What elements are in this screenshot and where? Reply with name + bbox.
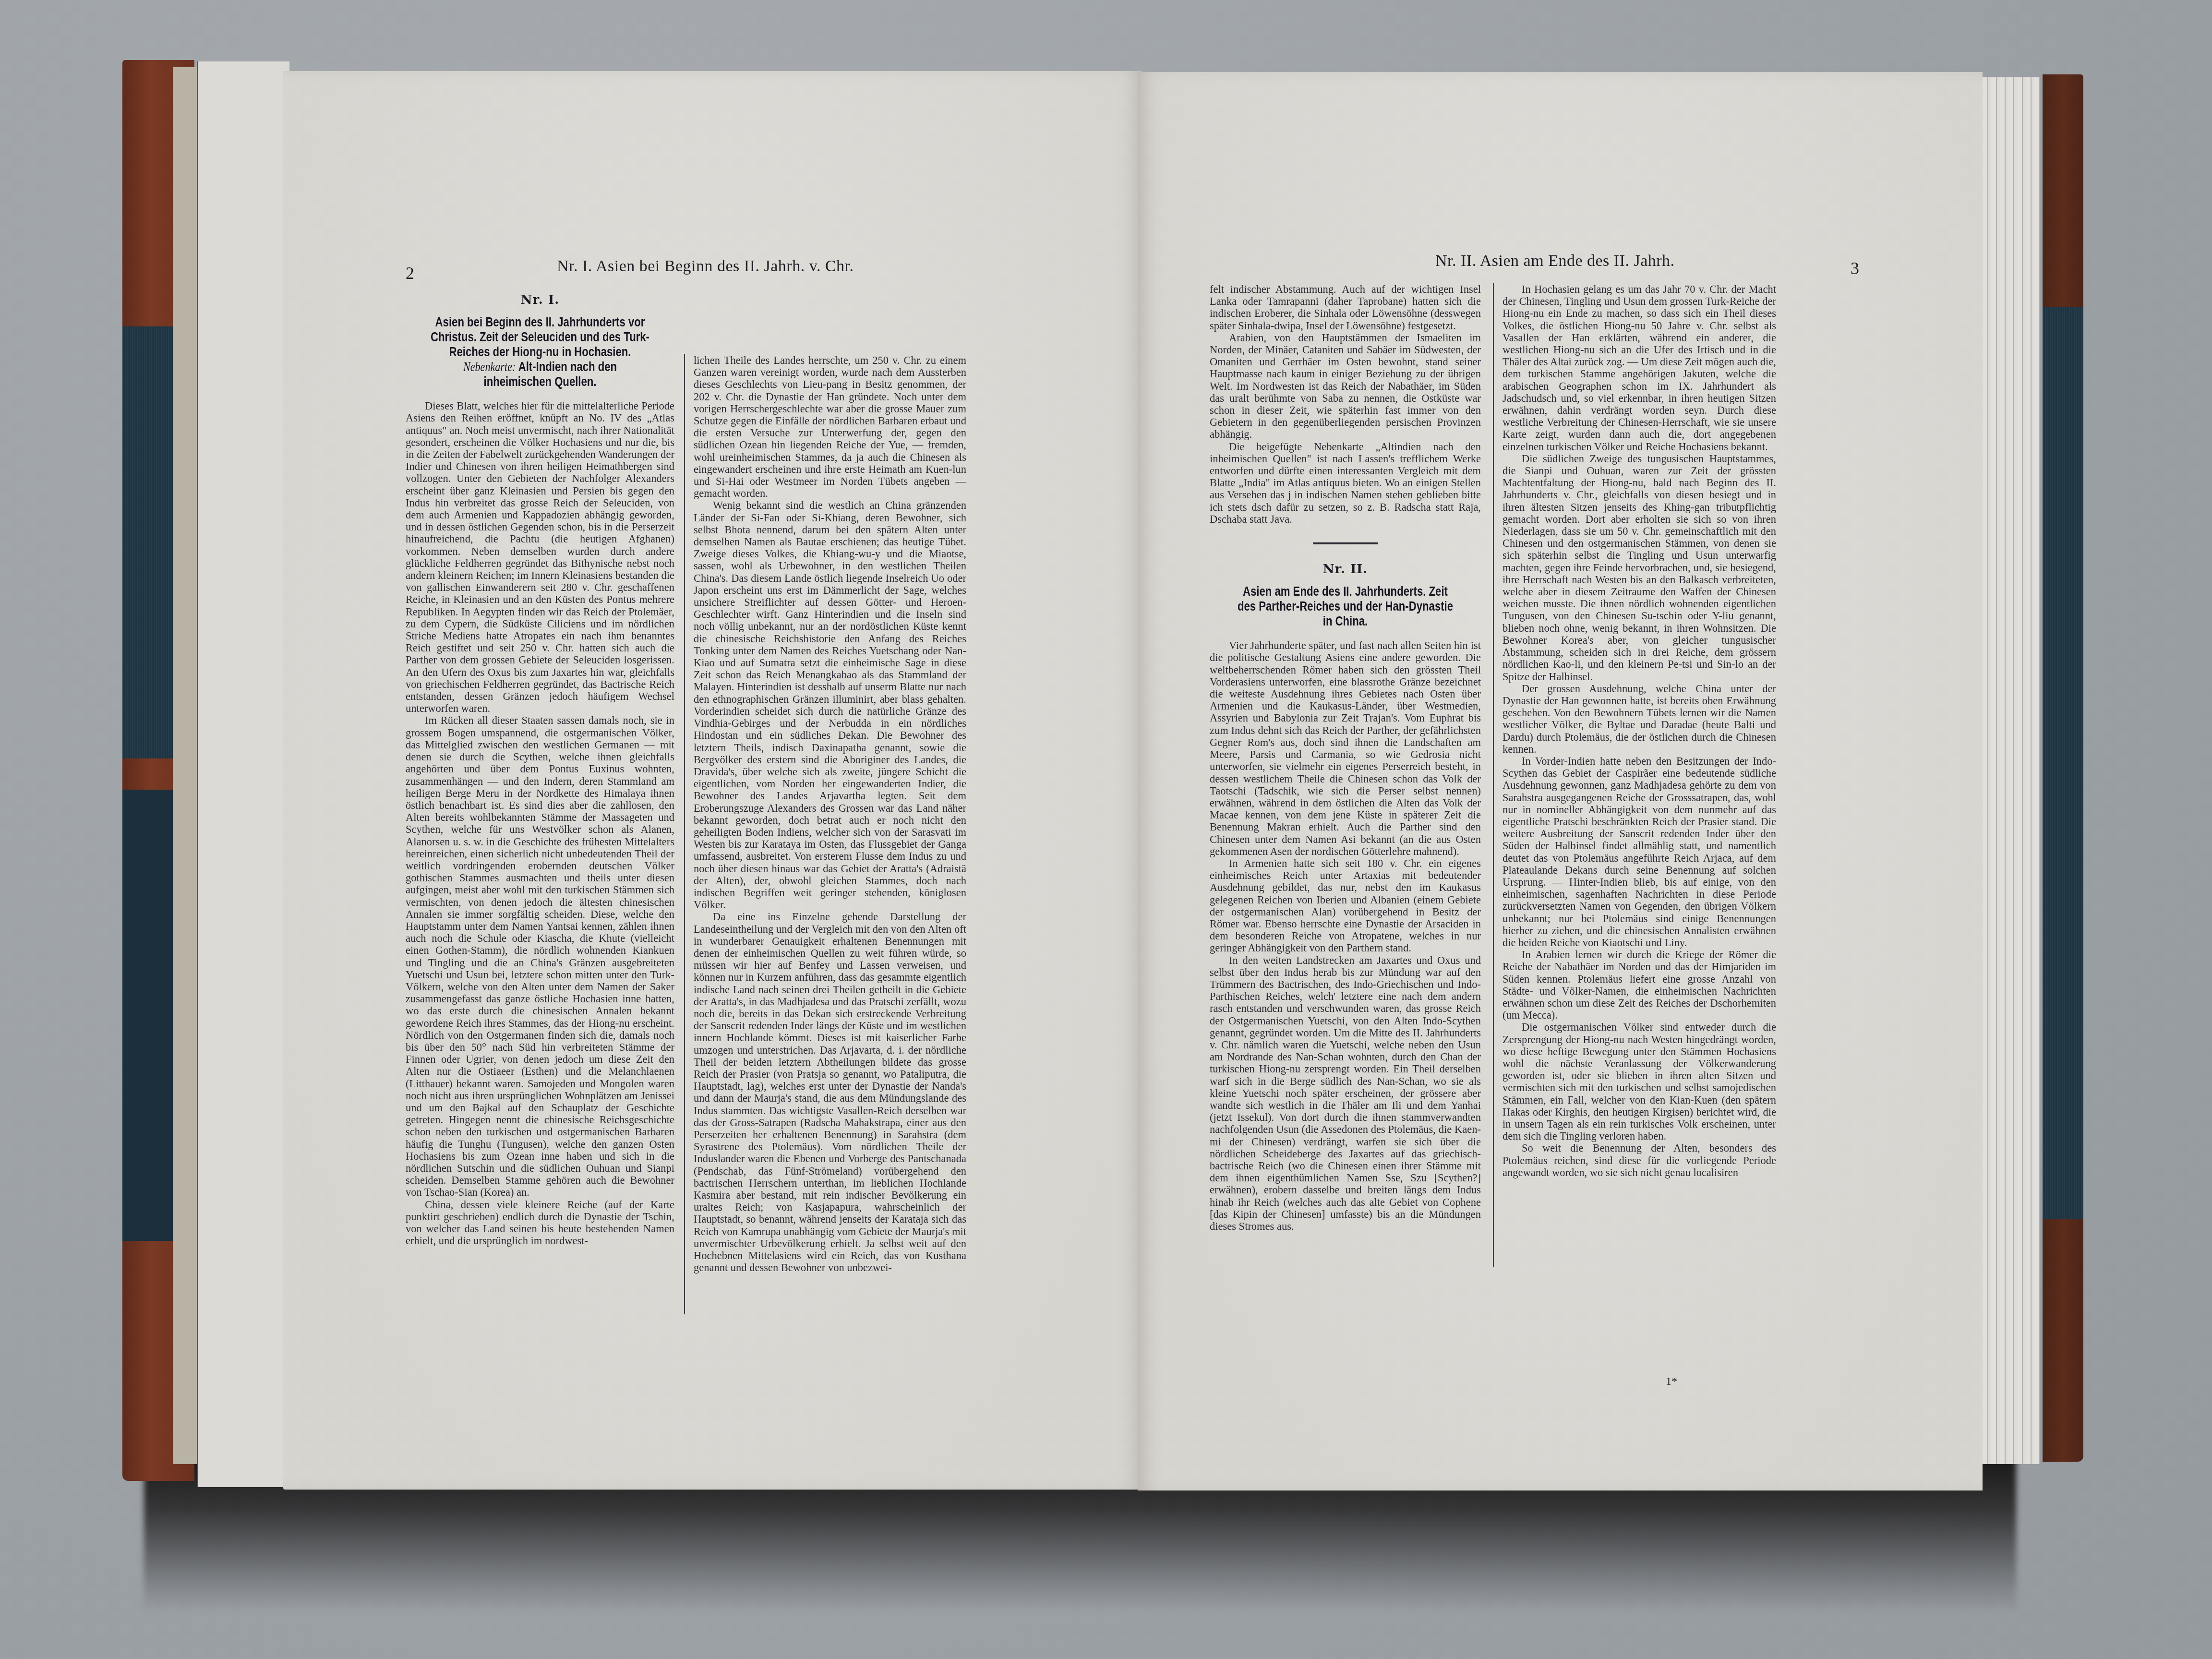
article-title-text: Asien bei Beginn des II. Jahrhunderts vo… (431, 315, 649, 359)
cloth-band-right (2043, 307, 2083, 1219)
page-number-left: 2 (406, 263, 414, 283)
paragraph: In den weiten Landstrecken am Jaxartes u… (1210, 954, 1481, 1233)
paragraph: Die ostgermanischen Völker sind entweder… (1503, 1021, 1776, 1142)
paragraph: lichen Theile des Landes herrschte, um 2… (694, 354, 966, 499)
paragraph: China, dessen viele kleinere Reiche (auf… (406, 1199, 674, 1247)
paragraph: Die beigefügte Nebenkarte „Altindien nac… (1210, 441, 1481, 525)
right-page: Nr. II. Asien am Ende des II. Jahrh. 3 f… (1138, 72, 1983, 1491)
column-divider (684, 354, 685, 1314)
right-column-1: felt indischer Abstammung. Auch auf der … (1210, 283, 1481, 1232)
article-title: Asien am Ende des II. Jahrhunderts. Zeit… (1234, 584, 1456, 629)
subtitle-label: Nebenkarte: (463, 360, 516, 374)
section-rule (1313, 542, 1378, 544)
left-column-1: Nr. I. Asien bei Beginn des II. Jahrhund… (406, 294, 674, 1247)
column-divider (1493, 283, 1494, 1267)
paragraph: Da eine ins Einzelne gehende Darstellung… (694, 911, 966, 1274)
article-number: Nr. II. (1210, 564, 1481, 576)
paragraph: In Armenien hatte sich seit 180 v. Chr. … (1210, 857, 1481, 954)
paragraph: In Vorder-Indien hatte neben den Besitzu… (1503, 755, 1776, 949)
paragraph: Dieses Blatt, welches hier für die mitte… (406, 400, 674, 714)
right-column-2: In Hochasien gelang es um das Jahr 70 v.… (1503, 283, 1776, 1178)
paragraph: Die südlichen Zweige des tungusischen Ha… (1503, 453, 1776, 683)
article-number: Nr. I. (406, 294, 674, 306)
paragraph: Wenig bekannt sind die westlich an China… (694, 499, 966, 911)
running-head-right: Nr. II. Asien am Ende des II. Jahrh. (1435, 252, 1675, 270)
left-page: 2 Nr. I. Asien bei Beginn des II. Jahrh.… (283, 71, 1142, 1490)
left-column-2: lichen Theile des Landes herrschte, um 2… (694, 354, 966, 1274)
paragraph: In Arabien lernen wir durch die Kriege d… (1503, 949, 1776, 1021)
page-number-right: 3 (1851, 258, 1859, 278)
paragraph: So weit die Benennung der Alten, besonde… (1503, 1142, 1776, 1178)
page-edges-right (1983, 77, 2040, 1464)
flyleaf (197, 61, 289, 1487)
paragraph: felt indischer Abstammung. Auch auf der … (1210, 283, 1481, 332)
paragraph: In Hochasien gelang es um das Jahr 70 v.… (1503, 283, 1776, 453)
running-head-left: Nr. I. Asien bei Beginn des II. Jahrh. v… (557, 257, 854, 276)
paragraph: Arabien, von den Hauptstämmen der Ismael… (1210, 332, 1481, 441)
signature-mark: 1* (1666, 1375, 1677, 1388)
book-cover-right (2043, 74, 2083, 1462)
paragraph: Vier Jahrhunderte später, und fast nach … (1210, 639, 1481, 857)
paragraph: Der grossen Ausdehnung, welche China unt… (1503, 683, 1776, 755)
article-title: Asien bei Beginn des II. Jahrhunderts vo… (430, 315, 650, 389)
paragraph: Im Rücken all dieser Staaten sassen dama… (406, 714, 674, 1198)
